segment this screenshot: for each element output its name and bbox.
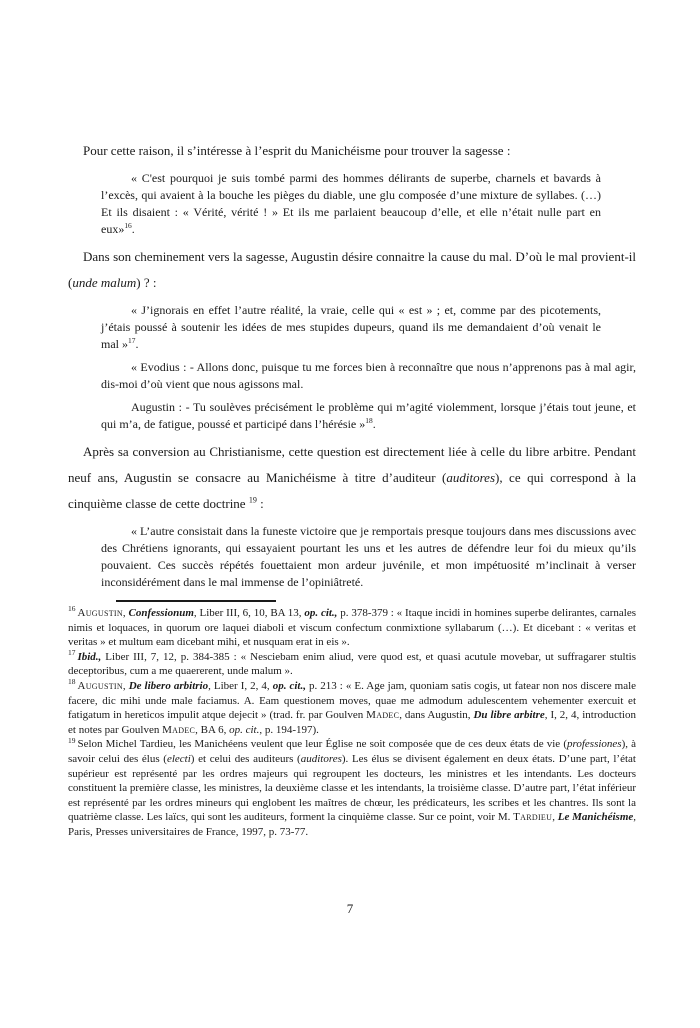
text-segment: auditores <box>301 753 342 765</box>
text-segment: . <box>373 417 376 431</box>
text-segment: Selon Michel Tardieu, les Manichéens veu… <box>77 738 567 750</box>
block-quote: « Evodius : - Allons donc, puisque tu me… <box>101 359 636 393</box>
text-segment: , BA 6, <box>195 724 229 736</box>
document-page: Pour cette raison, il s’intéresse à l’es… <box>0 0 700 1028</box>
footnote: 18Augustin, De libero arbitrio, Liber I,… <box>68 679 636 737</box>
text-segment: unde malum <box>72 275 136 290</box>
text-segment: Pour cette raison, il s’intéresse à l’es… <box>83 143 510 158</box>
footnote-separator <box>116 600 276 602</box>
text-segment: , Liber III, 6, 10, BA 13, <box>194 607 304 619</box>
text-segment: Augustin <box>77 680 122 692</box>
text-segment: Confessionum <box>129 607 194 619</box>
body-paragraph: Dans son cheminement vers la sagesse, Au… <box>68 244 636 296</box>
text-segment: Tardieu <box>513 811 552 823</box>
text-segment: « Evodius : - Allons donc, puisque tu me… <box>101 360 636 391</box>
footnote-ref: 18 <box>365 416 372 425</box>
text-segment: Madec <box>366 709 399 721</box>
text-segment: « J’ignorais en effet l’autre réalité, l… <box>101 303 601 351</box>
text-segment: . <box>135 337 138 351</box>
text-segment: , p. 194-197). <box>259 724 319 736</box>
block-quote: « L’autre consistait dans la funeste vic… <box>101 523 636 591</box>
text-segment: ) ? : <box>136 275 156 290</box>
text-segment: : <box>257 496 264 511</box>
text-segment: op. cit., <box>273 680 306 692</box>
block-quote: « J’ignorais en effet l’autre réalité, l… <box>101 302 601 353</box>
block-quote: Augustin : - Tu soulèves précisément le … <box>101 399 636 433</box>
text-segment: Augustin <box>77 607 122 619</box>
footnotes-section: 16Augustin, Confessionum, Liber III, 6, … <box>68 606 636 840</box>
text-segment: op. cit., <box>304 607 337 619</box>
text-segment: professiones <box>567 738 622 750</box>
page-number: 7 <box>0 901 700 917</box>
block-quote: « C'est pourquoi je suis tombé parmi des… <box>101 170 601 238</box>
text-segment: Ibid., <box>77 651 101 663</box>
footnote: 16Augustin, Confessionum, Liber III, 6, … <box>68 606 636 650</box>
text-segment: , Liber I, 2, 4, <box>208 680 273 692</box>
text-segment: ) et celui des auditeurs ( <box>191 753 301 765</box>
text-segment: Liber III, 7, 12, p. 384-385 : « Nescieb… <box>68 651 636 678</box>
text-segment: De libero arbitrio <box>129 680 208 692</box>
page-content: Pour cette raison, il s’intéresse à l’es… <box>68 138 636 840</box>
footnote: 17Ibid., Liber III, 7, 12, p. 384-385 : … <box>68 650 636 679</box>
text-segment: auditores <box>446 470 495 485</box>
text-segment: op. cit. <box>229 724 259 736</box>
text-segment: Le Manichéisme <box>558 811 634 823</box>
text-segment: « L’autre consistait dans la funeste vic… <box>101 524 636 589</box>
footnote-ref: 16 <box>124 221 131 230</box>
text-segment: , dans Augustin, <box>399 709 473 721</box>
text-segment: electi <box>167 753 191 765</box>
body-paragraph: Pour cette raison, il s’intéresse à l’es… <box>68 138 636 164</box>
body-paragraph: Après sa conversion au Christianisme, ce… <box>68 439 636 517</box>
text-segment: Du libre arbitre <box>473 709 544 721</box>
document-body: Pour cette raison, il s’intéresse à l’es… <box>68 138 636 591</box>
footnote-ref: 19 <box>249 496 257 505</box>
footnote: 19Selon Michel Tardieu, les Manichéens v… <box>68 737 636 839</box>
text-segment: . <box>132 222 135 236</box>
text-segment: « C'est pourquoi je suis tombé parmi des… <box>101 171 601 236</box>
text-segment: Madec <box>162 724 195 736</box>
